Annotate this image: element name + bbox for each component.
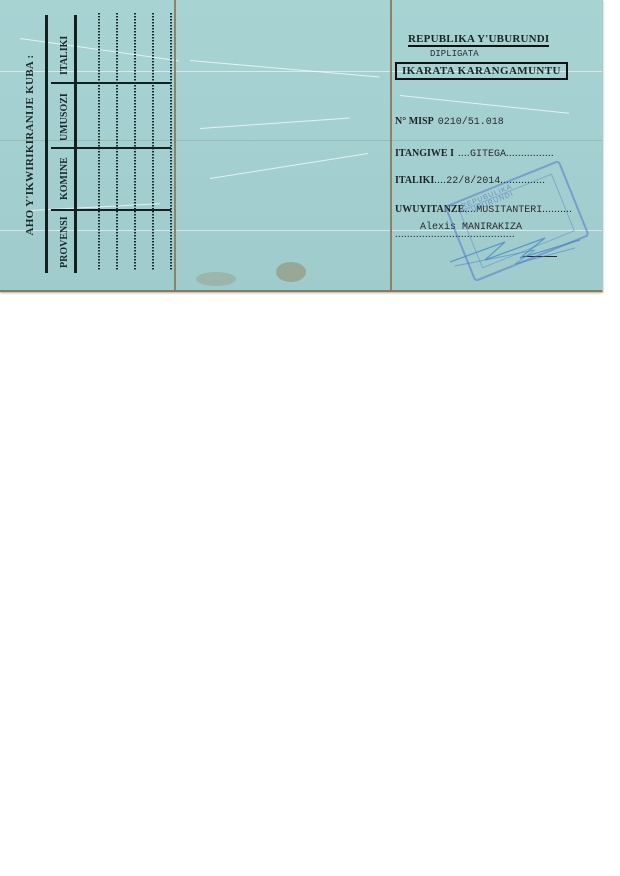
- dotted-entry-line: [98, 13, 100, 271]
- column-header-umusozi: UMUSOZI: [59, 93, 70, 141]
- dotted-entry-line: [170, 13, 172, 271]
- date-value: 22/8/2014: [446, 176, 500, 187]
- misp-value: 0210/51.018: [438, 117, 504, 128]
- id-card: AHO Y'IKWIRIKIRANIJE KUBA : PROVENSI KOM…: [0, 0, 603, 292]
- column-header-italiki: ITALIKI: [59, 36, 70, 75]
- left-panel: AHO Y'IKWIRIKIRANIJE KUBA : PROVENSI KOM…: [0, 0, 174, 290]
- issued-at-label: ITANGIWE I: [395, 148, 454, 159]
- dotted-entry-line: [152, 13, 154, 271]
- signature-scribble: [445, 230, 585, 270]
- dotted-entry-line: [134, 13, 136, 271]
- table-border: [45, 15, 48, 273]
- column-header-provensi: PROVENSI: [59, 216, 70, 268]
- dotted-line: ................: [506, 148, 554, 159]
- issued-at-field: ITANGIWE I ....GITEGA................: [395, 143, 554, 161]
- misp-label: N° MISP: [395, 116, 434, 127]
- stain: [196, 272, 236, 286]
- issued-at-value: GITEGA: [470, 149, 506, 160]
- middle-panel-blank: [174, 0, 392, 290]
- date-label: ITALIKI: [395, 175, 434, 186]
- column-header-komine: KOMINE: [59, 157, 70, 200]
- dotted-line: ....: [434, 175, 446, 186]
- dotted-entry-line: [116, 13, 118, 271]
- stain: [276, 262, 306, 282]
- dotted-line: ....: [458, 148, 470, 159]
- misp-field: N° MISP 0210/51.018: [395, 111, 504, 129]
- residence-table-title: AHO Y'IKWIRIKIRANIJE KUBA :: [24, 55, 36, 236]
- table-border: [74, 15, 77, 273]
- duplicate-mark: DIPLIGATA: [430, 49, 479, 59]
- card-title-box: IKARATA KARANGAMUNTU: [395, 62, 568, 80]
- republic-header: REPUBLIKA Y'UBURUNDI: [408, 33, 549, 47]
